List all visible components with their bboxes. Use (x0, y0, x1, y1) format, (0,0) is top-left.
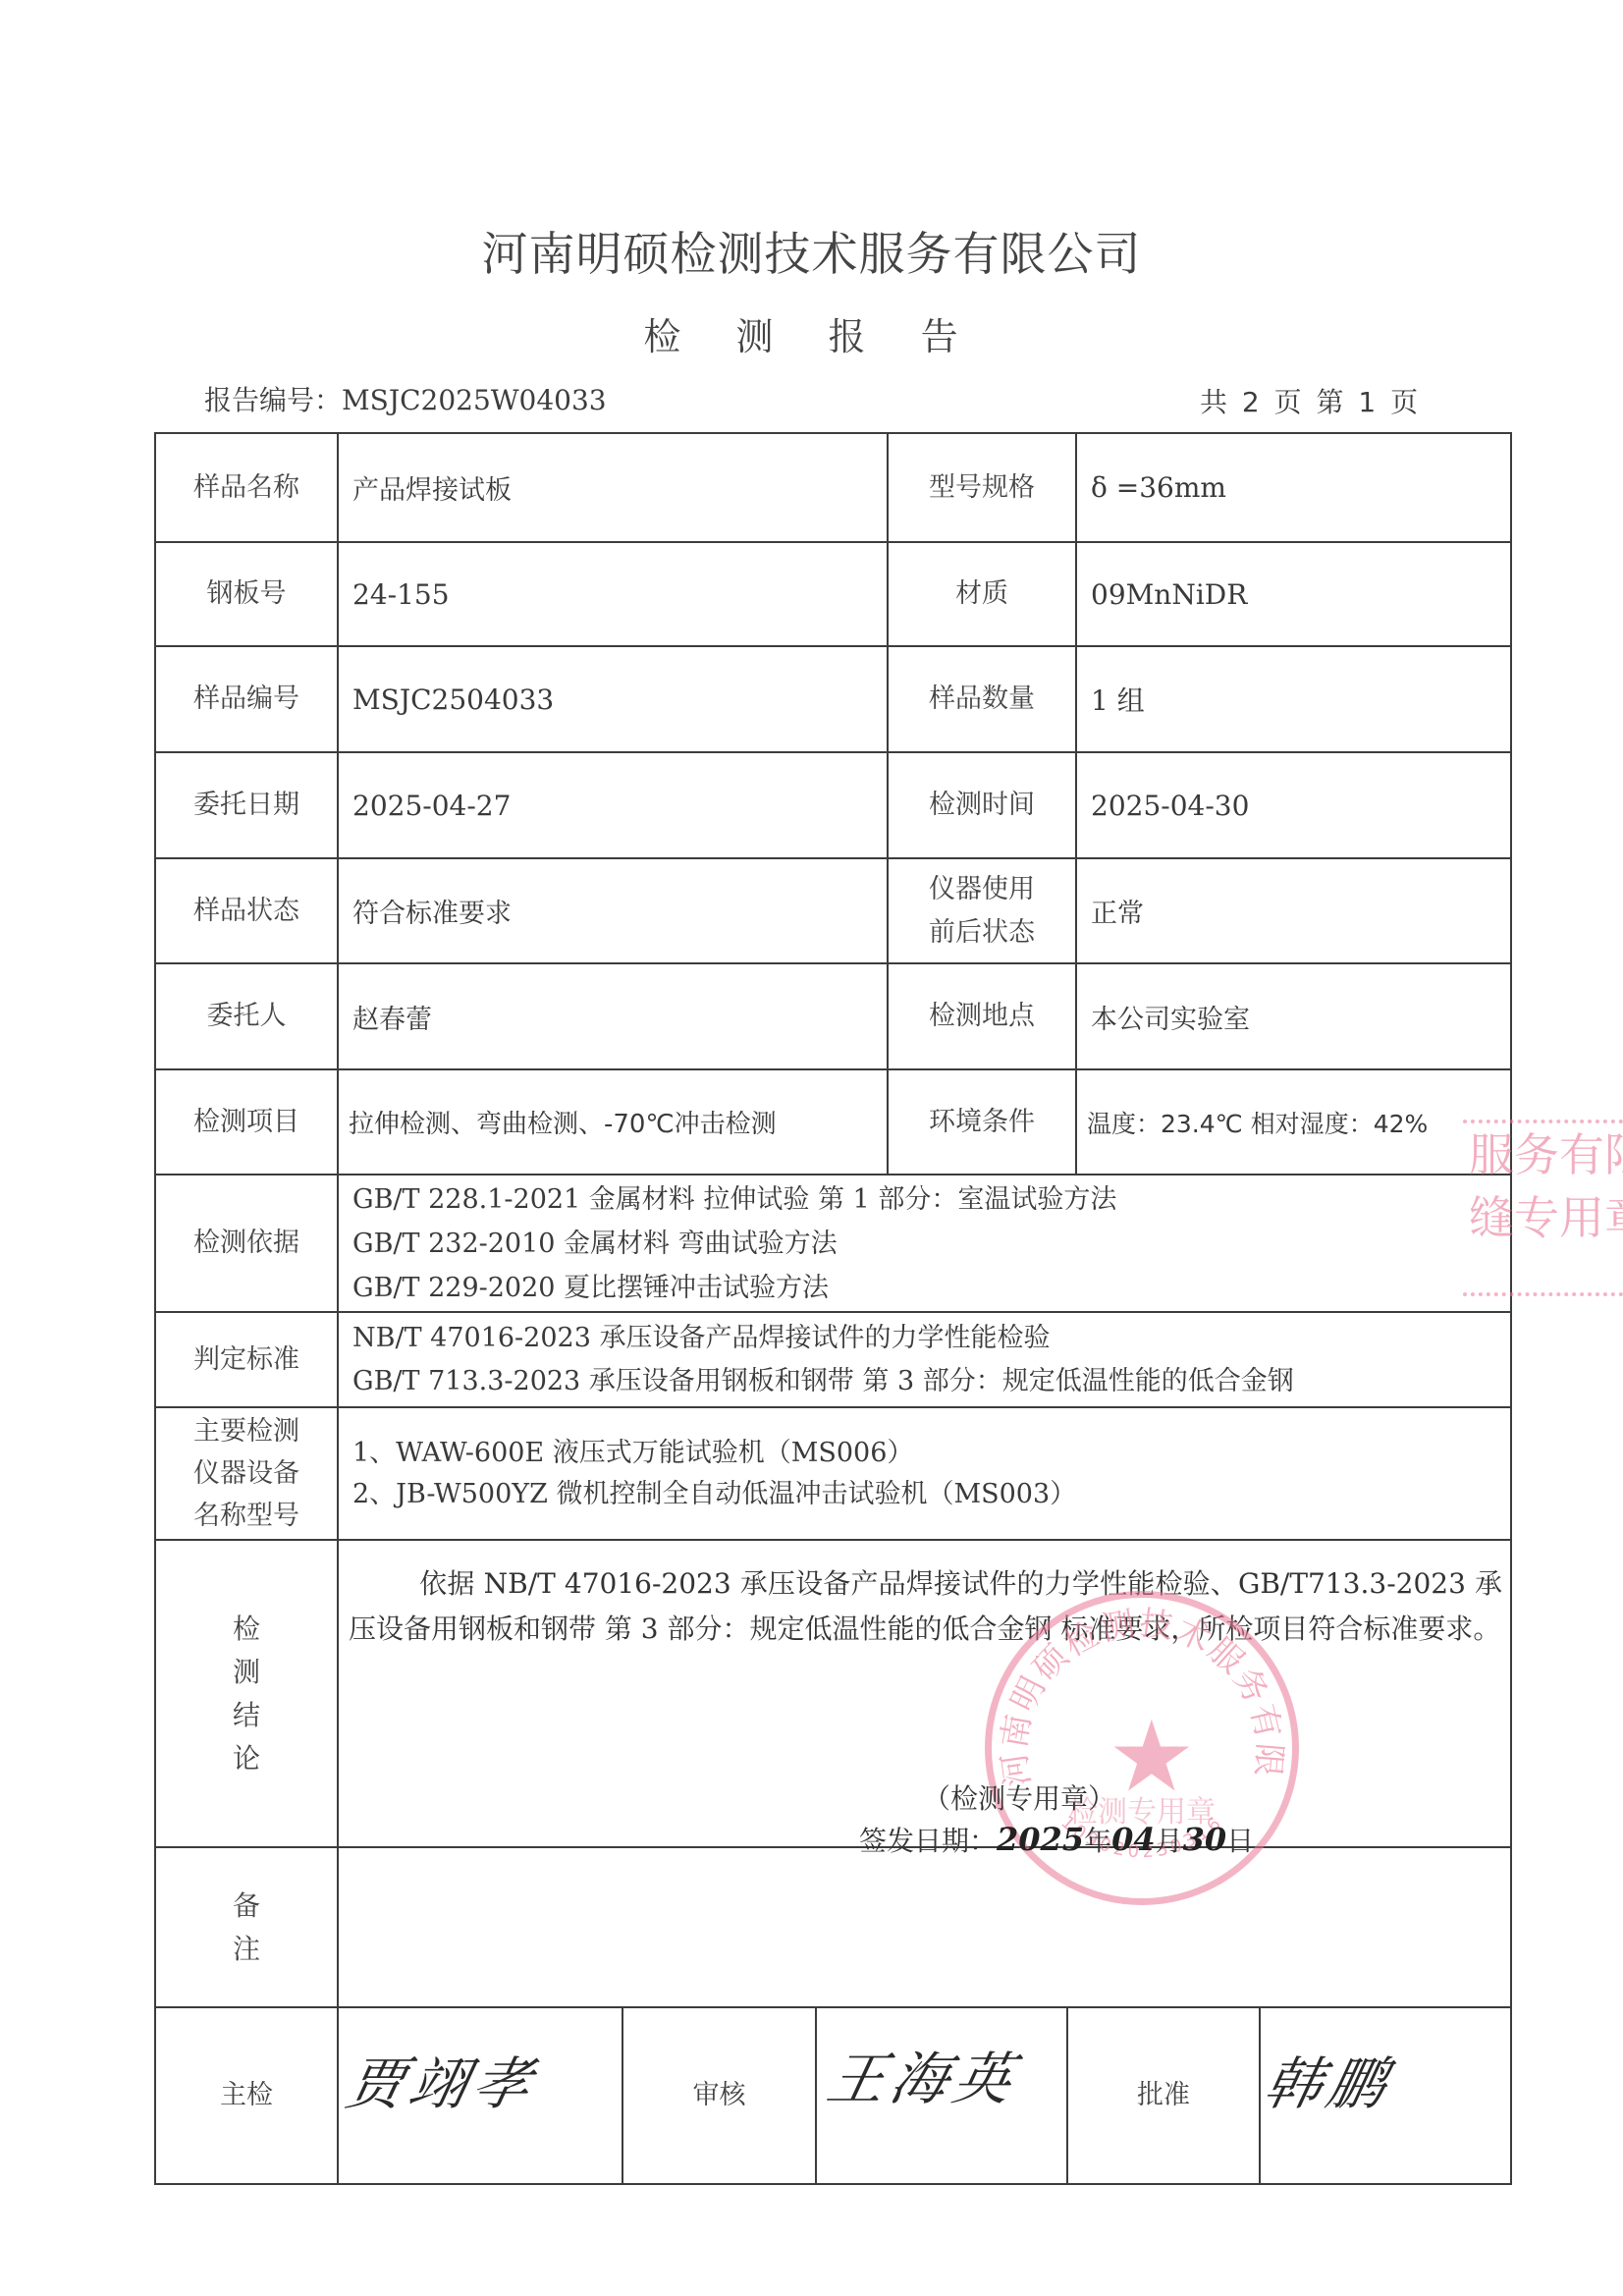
conclusion-body: 依据 NB/T 47016-2023 承压设备产品焊接试件的力学性能检验、GB/… (349, 1561, 1502, 1652)
edge-seal-line: 服务有限 (1469, 1123, 1623, 1186)
sample-name-value: 产品焊接试板 (339, 434, 887, 541)
conclusion-text: 依据 NB/T 47016-2023 承压设备产品焊接试件的力学性能检验、GB/… (349, 1567, 1502, 1645)
sample-qty-label: 样品数量 (889, 647, 1075, 751)
row-divider (154, 1539, 1512, 1541)
edge-seal-line: 缝专用章 (1469, 1186, 1623, 1249)
sample-qty-value: 1 组 (1077, 647, 1509, 751)
approver-label: 批准 (1068, 2008, 1259, 2183)
seal-note: （检测专用章） (923, 1777, 1115, 1817)
test-date-label: 检测时间 (889, 753, 1075, 857)
sample-no-label: 样品编号 (156, 647, 337, 751)
plate-no-value: 24-155 (339, 543, 887, 645)
equipment-list: 1、WAW-600E 液压式万能试验机（MS006） 2、JB-W500YZ 微… (339, 1408, 1510, 1539)
test-basis-item: GB/T 228.1-2021 金属材料 拉伸试验 第 1 部分：室温试验方法 (352, 1177, 1116, 1222)
conclusion-label-char: 结 (233, 1694, 260, 1737)
test-basis-label: 检测依据 (156, 1175, 337, 1311)
equipment-label-line: 主要检测 (193, 1410, 299, 1452)
report-number-label: 报告编号： (204, 384, 342, 416)
test-basis-item: GB/T 232-2010 金属材料 弯曲试验方法 (352, 1222, 838, 1266)
equipment-label: 主要检测 仪器设备 名称型号 (156, 1408, 337, 1539)
criteria-item: NB/T 47016-2023 承压设备产品焊接试件的力学性能检验 (352, 1317, 1050, 1360)
sample-state-value: 符合标准要求 (339, 859, 887, 962)
test-location-label: 检测地点 (889, 964, 1075, 1068)
conclusion-label-char: 论 (233, 1737, 260, 1780)
row-divider (154, 2006, 1512, 2008)
inspector-signature: 贾翊孝 (340, 2038, 546, 2120)
entrust-date-value: 2025-04-27 (339, 753, 887, 857)
conclusion-label: 检 测 结 论 (156, 1541, 337, 1846)
spec-value: δ =36mm (1077, 434, 1509, 541)
environment-value: 温度：23.4℃ 相对湿度：42% (1077, 1070, 1512, 1174)
sample-state-label: 样品状态 (156, 859, 337, 962)
criteria-label: 判定标准 (156, 1313, 337, 1406)
criteria-list: NB/T 47016-2023 承压设备产品焊接试件的力学性能检验 GB/T 7… (339, 1313, 1510, 1406)
test-date-value: 2025-04-30 (1077, 753, 1509, 857)
sample-name-label: 样品名称 (156, 434, 337, 541)
equipment-item: 2、JB-W500YZ 微机控制全自动低温冲击试验机（MS003） (352, 1474, 1076, 1515)
remarks-value (339, 1848, 1510, 2006)
instrument-state-label-line1: 仪器使用 (929, 868, 1035, 911)
approver-signature: 韩鹏 (1258, 2038, 1401, 2120)
reviewer-label: 审核 (623, 2008, 815, 2183)
equipment-label-line: 仪器设备 (193, 1452, 299, 1495)
test-items-value: 拉伸检测、弯曲检测、-70℃冲击检测 (339, 1070, 887, 1174)
plate-no-label: 钢板号 (156, 543, 337, 645)
edge-seal-stamp: 服务有限 缝专用章 (1463, 1120, 1623, 1296)
inspector-label: 主检 (156, 2008, 337, 2183)
instrument-state-label: 仪器使用 前后状态 (889, 859, 1075, 962)
client-value: 赵春蕾 (339, 964, 887, 1068)
material-value: 09MnNiDR (1077, 543, 1509, 645)
report-title: 检 测 报 告 (0, 306, 1623, 360)
remarks-label-char: 注 (233, 1928, 260, 1971)
criteria-item: GB/T 713.3-2023 承压设备用钢板和钢带 第 3 部分：规定低温性能… (352, 1360, 1294, 1403)
entrust-date-label: 委托日期 (156, 753, 337, 857)
test-basis-item: GB/T 229-2020 夏比摆锤冲击试验方法 (352, 1266, 829, 1310)
environment-label: 环境条件 (889, 1070, 1075, 1174)
reviewer-signature: 王海英 (821, 2033, 1027, 2115)
material-label: 材质 (889, 543, 1075, 645)
page-info: 共 2 页 第 1 页 (1200, 381, 1418, 420)
spec-label: 型号规格 (889, 434, 1075, 541)
sample-no-value: MSJC2504033 (339, 647, 887, 751)
equipment-item: 1、WAW-600E 液压式万能试验机（MS006） (352, 1433, 913, 1474)
test-location-value: 本公司实验室 (1077, 964, 1509, 1068)
conclusion-label-char: 测 (233, 1651, 260, 1694)
client-label: 委托人 (156, 964, 337, 1068)
col-divider (815, 2006, 817, 2185)
report-number: 报告编号：MSJC2025W04033 (204, 379, 607, 418)
instrument-state-value: 正常 (1077, 859, 1509, 962)
remarks-label-char: 备 (233, 1885, 260, 1928)
test-basis-list: GB/T 228.1-2021 金属材料 拉伸试验 第 1 部分：室温试验方法 … (339, 1175, 1510, 1311)
report-number-value: MSJC2025W04033 (342, 384, 607, 416)
star-icon: ★ (1108, 1708, 1196, 1806)
instrument-state-label-line2: 前后状态 (929, 911, 1035, 955)
conclusion-label-char: 检 (233, 1608, 260, 1651)
company-name: 河南明硕检测技术服务有限公司 (0, 218, 1623, 284)
remarks-label: 备 注 (156, 1848, 337, 2006)
test-items-label: 检测项目 (156, 1070, 337, 1174)
col-divider (1259, 2006, 1261, 2185)
equipment-label-line: 名称型号 (193, 1495, 299, 1537)
